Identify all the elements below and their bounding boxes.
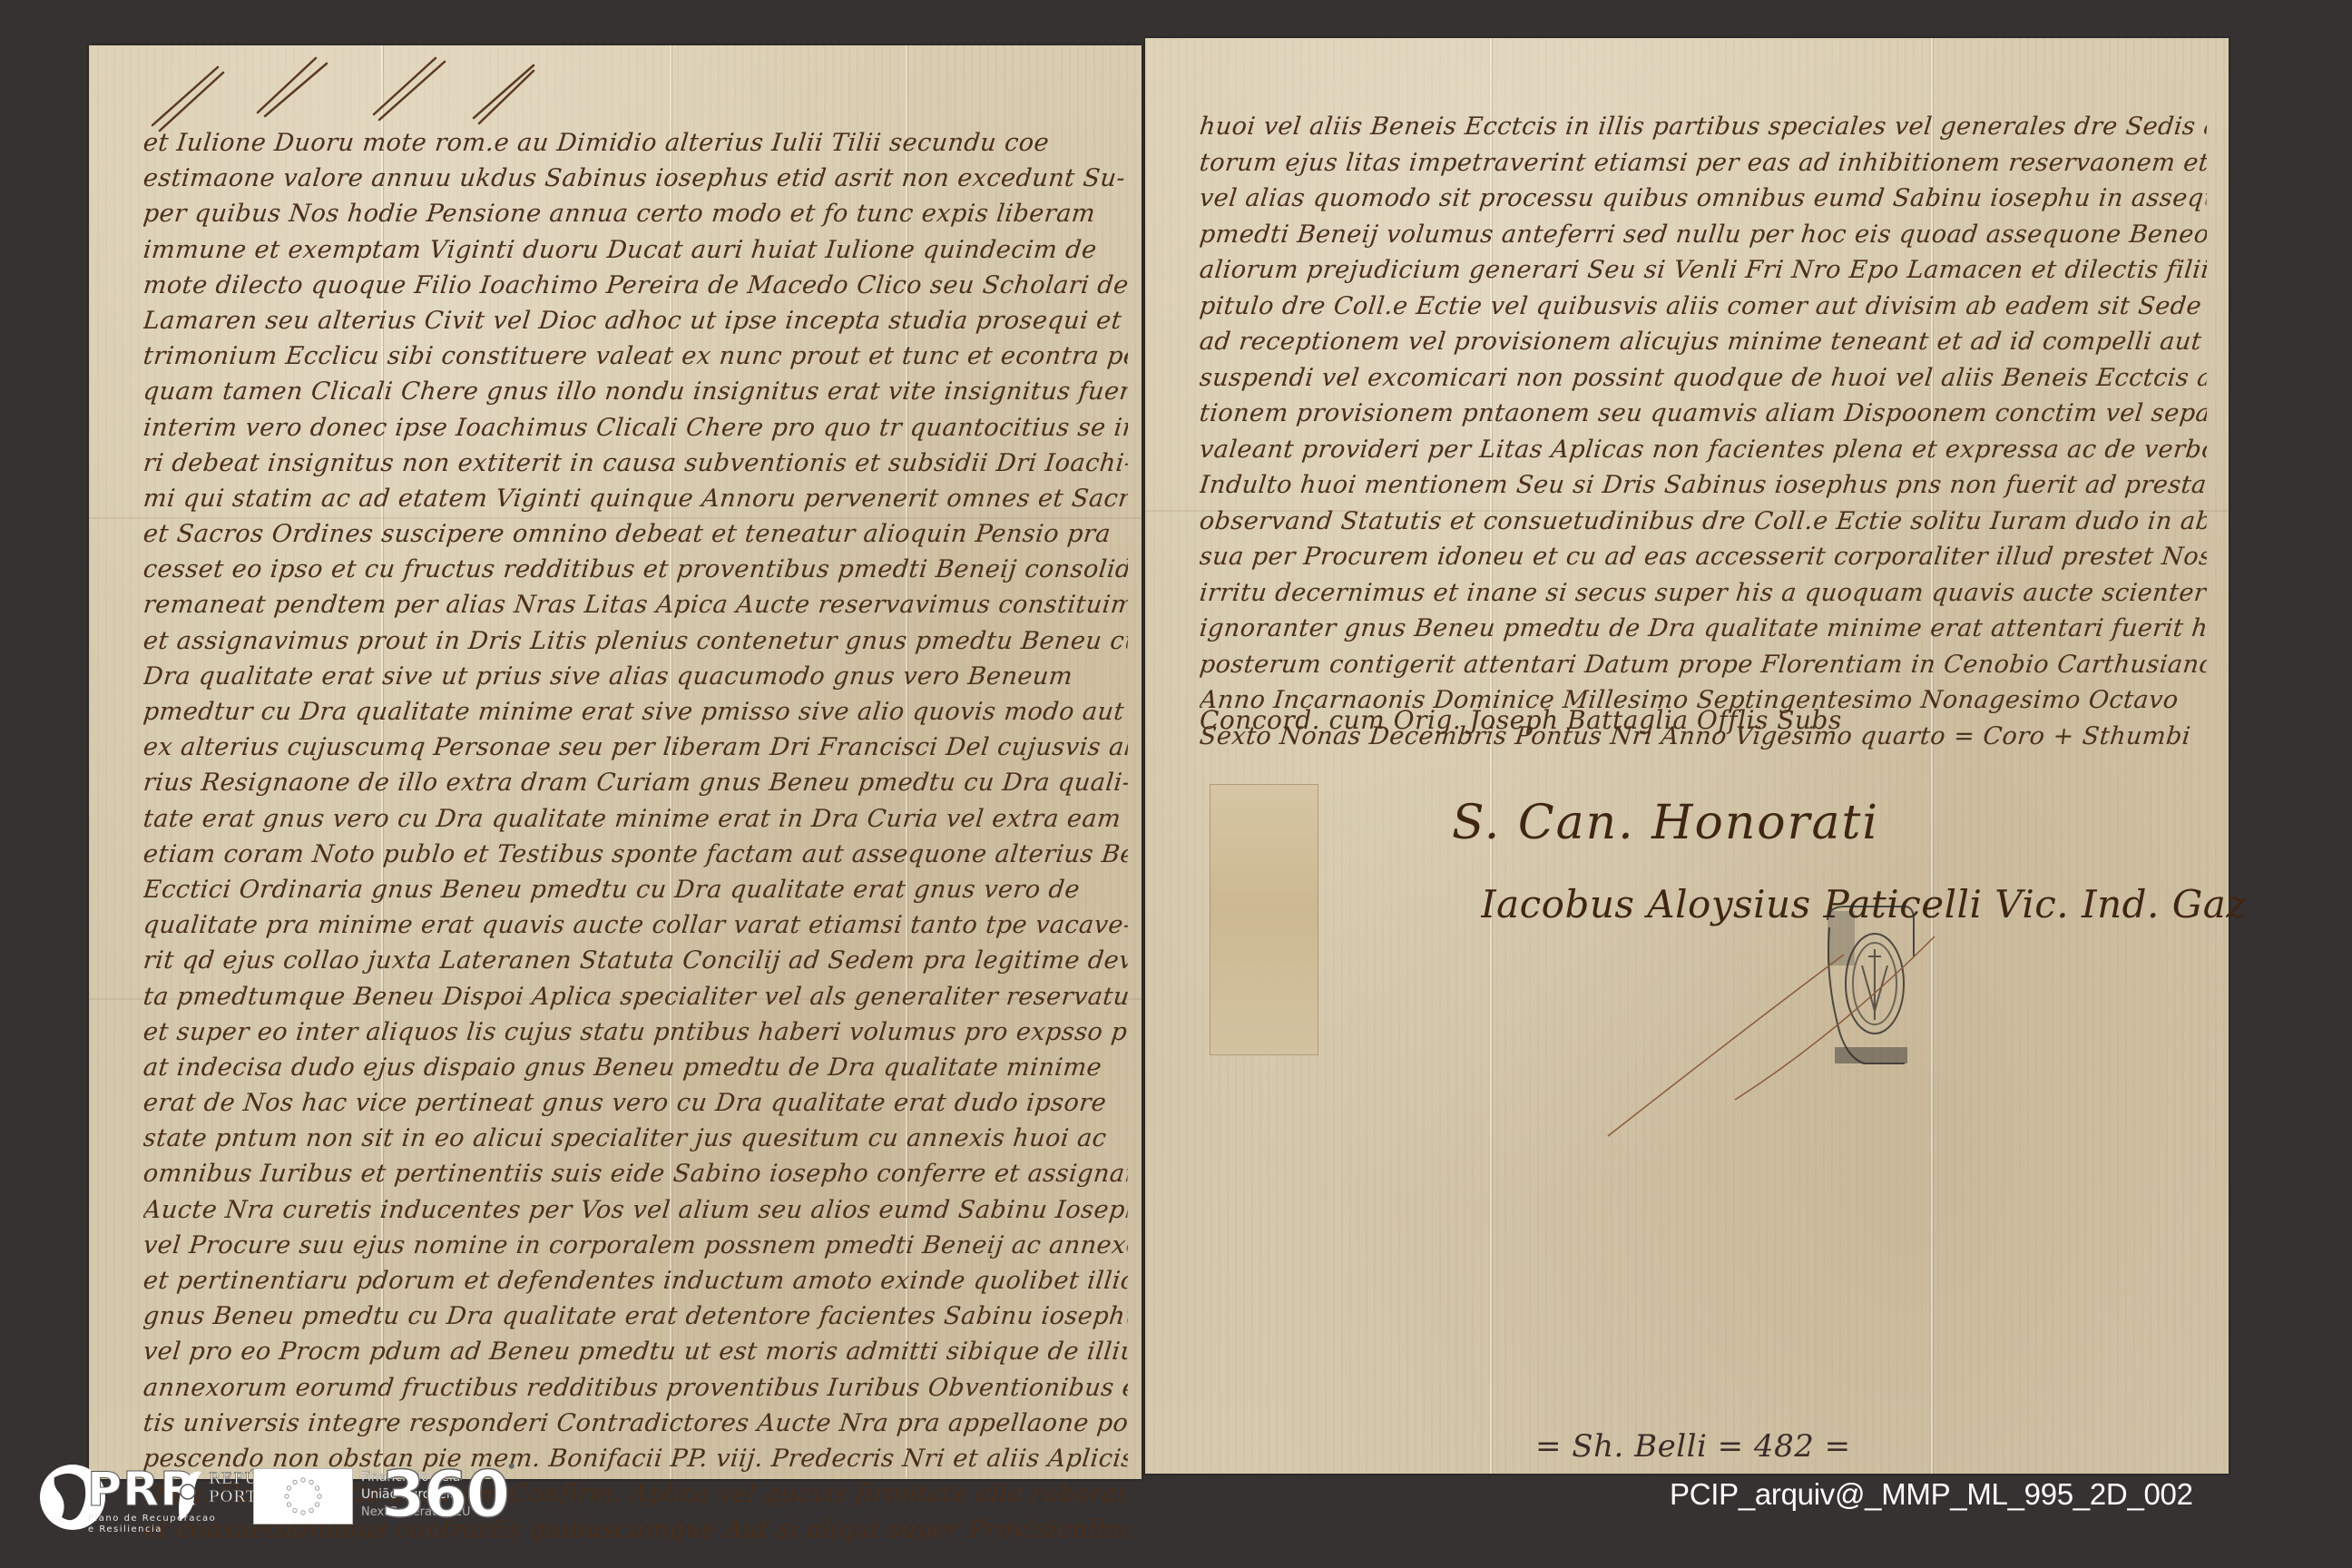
manuscript-line: Aucte Nra curetis inducentes per Vos vel… (143, 1192, 1128, 1228)
manuscript-line: ignoranter gnus Beneu pmedtu de Dra qual… (1200, 611, 2207, 647)
manuscript-line: trimonium Ecclicu sibi constituere valea… (143, 338, 1128, 374)
manuscript-line: ta pmedtumque Beneu Dispoi Aplica specia… (143, 979, 1128, 1014)
manuscript-right-page: huoi vel aliis Beneis Ecctcis in illis p… (1145, 38, 2229, 1474)
manuscript-line: observand Statutis et consuetudinibus dr… (1200, 504, 2207, 540)
manuscript-line: et Iulione Duoru mote rom.e au Dimidio a… (143, 125, 1128, 161)
concordance-note: Concord. cum Orig. Joseph Battaglia Offl… (1200, 705, 1842, 735)
manuscript-line: pitulo dre Coll.e Ectie vel quibusvis al… (1200, 289, 2207, 325)
manuscript-line: et super eo inter aliquos lis cujus stat… (143, 1014, 1128, 1050)
manuscript-line: tis universis integre responderi Contrad… (143, 1406, 1128, 1441)
manuscript-line: Lamaren seu alterius Civit vel Dioc adho… (143, 303, 1128, 338)
brand-360-degree: ° (508, 1463, 513, 1477)
right-page-body-text: huoi vel aliis Beneis Ecctcis in illis p… (1200, 109, 2207, 754)
manuscript-line: immune et exemptam Viginti duoru Ducat a… (143, 232, 1128, 268)
manuscript-line: annexorum eorumd fructibus redditibus pr… (143, 1370, 1128, 1406)
manuscript-line: tionem provisionem pntaonem seu quamvis … (1200, 396, 2207, 432)
manuscript-line: rit qd ejus collao juxta Lateranen Statu… (143, 943, 1128, 978)
manuscript-line: interim vero donec ipse Ioachimus Clical… (143, 410, 1128, 446)
eu-flag-icon (253, 1468, 353, 1524)
manuscript-line: state pntum non sit in eo alicui special… (143, 1121, 1128, 1156)
brand-360-logo: 360° (381, 1457, 513, 1532)
manuscript-line: etiam coram Noto publo et Testibus spont… (143, 837, 1128, 872)
left-page-body-text: et Iulione Duoru mote rom.e au Dimidio a… (143, 125, 1128, 1548)
archive-shelfmark-note: = Sh. Belli = 482 = (1535, 1428, 1851, 1465)
manuscript-line: rius Resignaone de illo extra dram Curia… (143, 765, 1128, 800)
manuscript-line: gnus Beneu pmedtu cu Dra qualitate erat … (143, 1298, 1128, 1334)
manuscript-line: vel alias quomodo sit processu quibus om… (1200, 181, 2207, 217)
manuscript-line: Ecctici Ordinaria gnus Beneu pmedtu cu D… (143, 872, 1128, 907)
manuscript-line: vel Procure suu ejus nomine in corporale… (143, 1228, 1128, 1263)
manuscript-line: ex alterius cujuscumq Personae seu per l… (143, 730, 1128, 765)
manuscript-line: et assignavimus prout in Dris Litis plen… (143, 623, 1128, 659)
manuscript-line: torum ejus litas impetraverint etiamsi p… (1200, 145, 2207, 181)
manuscript-line: suspendi vel excomicari non possint quod… (1200, 360, 2207, 397)
manuscript-line: ad receptionem vel provisionem alicujus … (1200, 324, 2207, 360)
manuscript-line: per quibus Nos hodie Pensione annua cert… (143, 196, 1128, 231)
manuscript-line: qualitate pra minime erat quavis aucte c… (143, 907, 1128, 943)
manuscript-line: mote dilecto quoque Filio Ioachimo Perei… (143, 268, 1128, 303)
manuscript-line: omnibus Iuribus et pertinentiis suis eid… (143, 1156, 1128, 1191)
manuscript-line: at indecisa dudo ejus dispaio gnus Beneu… (143, 1050, 1128, 1085)
catalog-id: PCIP_arquiv@_MMP_ML_995_2D_002 (1670, 1477, 2193, 1512)
tipped-paper-patch (1210, 784, 1318, 1055)
manuscript-line: huoi vel aliis Beneis Ecctcis in illis p… (1200, 109, 2207, 145)
manuscript-line: vel pro eo Procm pdum ad Beneu pmedtu ut… (143, 1334, 1128, 1369)
manuscript-line: aliorum prejudicium generari Seu si Venl… (1200, 252, 2207, 289)
manuscript-line: ri debeat insignitus non extiterit in ca… (143, 446, 1128, 481)
manuscript-line: tate erat gnus vero cu Dra qualitate min… (143, 801, 1128, 837)
manuscript-line: mi qui statim ac ad etatem Viginti quinq… (143, 481, 1128, 516)
prr-subtitle-line2: e Resiliencia (88, 1524, 216, 1535)
manuscript-line: Dra qualitate erat sive ut prius sive al… (143, 659, 1128, 694)
manuscript-line: pmedti Beneij volumus anteferri sed null… (1200, 217, 2207, 253)
manuscript-line: Indulto huoi mentionem Seu si Dris Sabin… (1200, 467, 2207, 504)
manuscript-line: remaneat pendtem per alias Nras Litas Ap… (143, 587, 1128, 622)
signature-flourish-lines (1599, 800, 2053, 1145)
manuscript-line: cesset eo ipso et cu fructus redditibus … (143, 552, 1128, 587)
manuscript-line: et pertinentiaru pdorum et defendentes i… (143, 1263, 1128, 1298)
republica-emblem-icon (174, 1468, 205, 1523)
manuscript-left-page: et Iulione Duoru mote rom.e au Dimidio a… (89, 45, 1142, 1479)
manuscript-line: irritu decernimus et inane si secus supe… (1200, 575, 2207, 612)
manuscript-line: pmedtur cu Dra qualitate minime erat siv… (143, 694, 1128, 730)
manuscript-line: sua per Procurem idoneu et cu ad eas acc… (1200, 539, 2207, 575)
manuscript-line: estimaone valore annuu ukdus Sabinus ios… (143, 161, 1128, 196)
brand-360-text: 360 (381, 1457, 508, 1532)
manuscript-line: valeant provideri per Litas Aplicas non … (1200, 432, 2207, 468)
manuscript-line: erat de Nos hac vice pertineat gnus vero… (143, 1085, 1128, 1121)
manuscript-line: quam tamen Clicali Chere gnus illo nondu… (143, 374, 1128, 409)
manuscript-line: et Sacros Ordines suscipere omnino debea… (143, 516, 1128, 552)
manuscript-line: posterum contigerit attentari Datum prop… (1200, 647, 2207, 683)
